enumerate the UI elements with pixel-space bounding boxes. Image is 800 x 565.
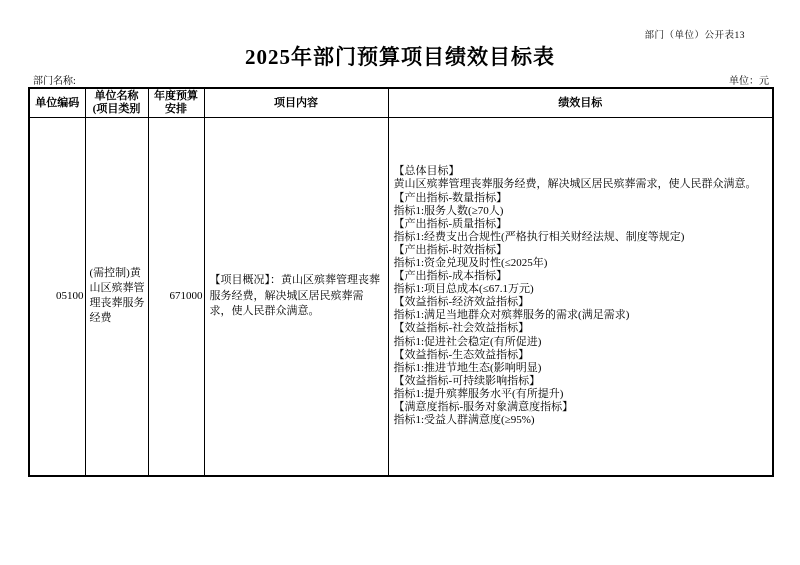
- header-unit-name: 单位名称(项目类别: [85, 88, 148, 118]
- performance-target-cell: 【总体目标】黄山区殡葬管理丧葬服务经费，解决城区居民殡葬需求，使人民群众满意。【…: [388, 118, 773, 476]
- performance-line: 指标1:提升殡葬服务水平(有所提升): [394, 388, 769, 401]
- performance-line: 指标1:满足当地群众对殡葬服务的需求(满足需求): [394, 309, 769, 322]
- unit-code-cell: 05100: [29, 118, 85, 476]
- performance-line: 【效益指标-经济效益指标】: [394, 296, 769, 309]
- performance-line: 指标1:服务人数(≥70人): [394, 205, 769, 218]
- performance-line: 指标1:推进节地生态(影响明显): [394, 362, 769, 375]
- performance-line: 黄山区殡葬管理丧葬服务经费，解决城区居民殡葬需求，使人民群众满意。: [394, 178, 769, 191]
- header-annual-budget: 年度预算安排: [148, 88, 204, 118]
- unit-label: 单位：元: [729, 72, 769, 87]
- document-page: 部门（单位）公开表13 2025年部门预算项目绩效目标表 部门名称: 单位：元 …: [0, 0, 800, 565]
- performance-line: 【总体目标】: [394, 165, 769, 178]
- performance-line: 【产出指标-质量指标】: [394, 218, 769, 231]
- performance-line: 【满意度指标-服务对象满意度指标】: [394, 401, 769, 414]
- performance-line: 指标1:促进社会稳定(有所促进): [394, 336, 769, 349]
- header-performance-target: 绩效目标: [388, 88, 773, 118]
- table-header-row: 单位编码 单位名称(项目类别 年度预算安排 项目内容 绩效目标: [29, 88, 773, 118]
- corner-note: 部门（单位）公开表13: [644, 27, 745, 41]
- performance-line: 【效益指标-生态效益指标】: [394, 349, 769, 362]
- performance-line: 【产出指标-成本指标】: [394, 270, 769, 283]
- performance-line: 【效益指标-社会效益指标】: [394, 322, 769, 335]
- performance-line: 指标1:受益人群满意度(≥95%): [394, 414, 769, 427]
- performance-line: 【产出指标-数量指标】: [394, 192, 769, 205]
- annual-budget-cell: 671000: [148, 118, 204, 476]
- performance-line: 指标1:项目总成本(≤67.1万元): [394, 283, 769, 296]
- performance-target-table: 单位编码 单位名称(项目类别 年度预算安排 项目内容 绩效目标 05100 (需…: [28, 87, 774, 477]
- performance-line: 【效益指标-可持续影响指标】: [394, 375, 769, 388]
- table-row: 05100 (需控制)黄山区殡葬管理丧葬服务经费 671000 【项目概况】：黄…: [29, 118, 773, 476]
- meta-row: 部门名称: 单位：元: [33, 72, 769, 87]
- department-name-label: 部门名称:: [33, 72, 76, 87]
- performance-line: 指标1:资金兑现及时性(≤2025年): [394, 257, 769, 270]
- performance-line: 【产出指标-时效指标】: [394, 244, 769, 257]
- header-project-content: 项目内容: [204, 88, 388, 118]
- page-title: 2025年部门预算项目绩效目标表: [0, 41, 800, 71]
- unit-name-cell: (需控制)黄山区殡葬管理丧葬服务经费: [85, 118, 148, 476]
- header-unit-code: 单位编码: [29, 88, 85, 118]
- performance-line: 指标1:经费支出合规性(严格执行相关财经法规、制度等规定): [394, 231, 769, 244]
- project-content-cell: 【项目概况】：黄山区殡葬管理丧葬服务经费，解决城区居民殡葬需求，使人民群众满意。: [204, 118, 388, 476]
